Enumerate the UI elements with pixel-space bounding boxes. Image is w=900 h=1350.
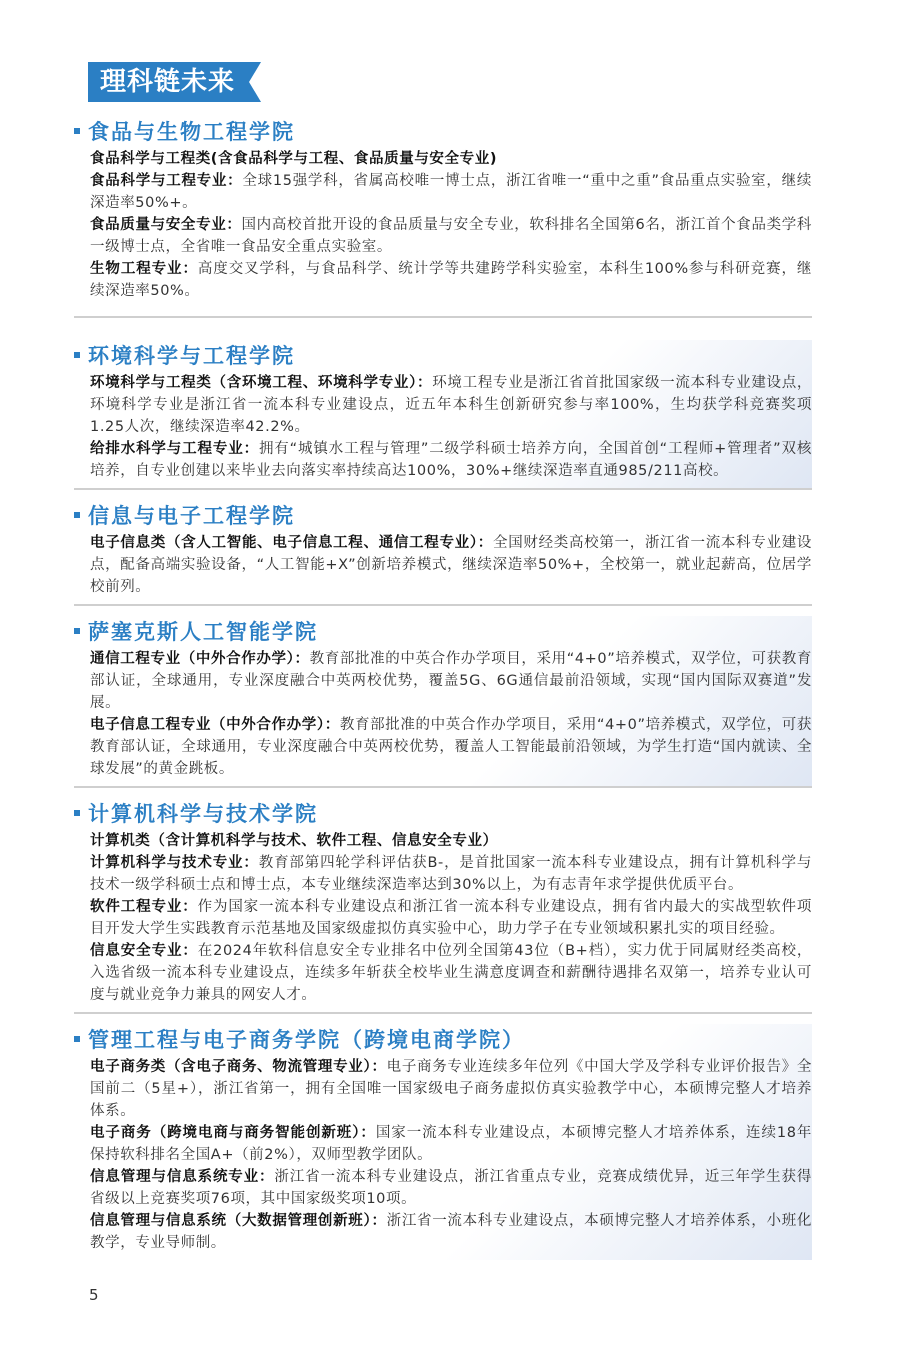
college-title: 计算机科学与技术学院 — [88, 798, 812, 830]
program-paragraph: 计算机类（含计算机科学与技术、软件工程、信息安全专业） — [90, 830, 812, 852]
program-paragraph: 电子商务类（含电子商务、物流管理专业）：电子商务专业连续多年位列《中国大学及学科… — [90, 1056, 812, 1122]
college-section-food: 食品与生物工程学院 食品科学与工程类(含食品科学与工程、食品质量与安全专业) 食… — [74, 116, 812, 318]
college-title: 萨塞克斯人工智能学院 — [88, 616, 812, 648]
program-paragraph: 电子商务（跨境电商与商务智能创新班）：国家一流本科专业建设点，本硕博完整人才培养… — [90, 1122, 812, 1166]
square-bullet-icon — [74, 512, 80, 518]
program-paragraph: 电子信息工程专业（中外合作办学）：教育部批准的中英合作办学项目，采用“4+0”培… — [90, 714, 812, 780]
program-paragraph: 软件工程专业：作为国家一流本科专业建设点和浙江省一流本科专业建设点，拥有省内最大… — [90, 896, 812, 940]
college-section-sussex-ai: 萨塞克斯人工智能学院 通信工程专业（中外合作办学）：教育部批准的中英合作办学项目… — [74, 616, 812, 788]
program-paragraph: 信息管理与信息系统（大数据管理创新班）：浙江省一流本科专业建设点，本硕博完整人才… — [90, 1210, 812, 1254]
program-paragraph: 信息安全专业：在2024年软科信息安全专业排名中位列全国第43位（B+档），实力… — [90, 940, 812, 1006]
program-paragraph: 通信工程专业（中外合作办学）：教育部批准的中英合作办学项目，采用“4+0”培养模… — [90, 648, 812, 714]
college-title: 管理工程与电子商务学院（跨境电商学院） — [88, 1024, 812, 1056]
college-title: 食品与生物工程学院 — [88, 116, 812, 148]
program-paragraph: 计算机科学与技术专业：教育部第四轮学科评估获B-，是首批国家一流本科专业建设点，… — [90, 852, 812, 896]
program-paragraph: 电子信息类（含人工智能、电子信息工程、通信工程专业）：全国财经类高校第一，浙江省… — [90, 532, 812, 598]
college-section-computer-science: 计算机科学与技术学院 计算机类（含计算机科学与技术、软件工程、信息安全专业） 计… — [74, 798, 812, 1014]
section-banner: 理科链未来 — [88, 62, 261, 102]
program-paragraph: 环境科学与工程类（含环境工程、环境科学专业）：环境工程专业是浙江省首批国家级一流… — [90, 372, 812, 438]
square-bullet-icon — [74, 128, 80, 134]
college-section-management-ecommerce: 管理工程与电子商务学院（跨境电商学院） 电子商务类（含电子商务、物流管理专业）：… — [74, 1024, 812, 1260]
square-bullet-icon — [74, 352, 80, 358]
college-title: 信息与电子工程学院 — [88, 500, 812, 532]
square-bullet-icon — [74, 810, 80, 816]
program-paragraph: 食品科学与工程专业：全球15强学科，省属高校唯一博士点，浙江省唯一“重中之重”食… — [90, 170, 812, 214]
college-section-environment: 环境科学与工程学院 环境科学与工程类（含环境工程、环境科学专业）：环境工程专业是… — [74, 340, 812, 490]
program-paragraph: 信息管理与信息系统专业：浙江省一流本科专业建设点，浙江省重点专业，竞赛成绩优异，… — [90, 1166, 812, 1210]
page-number: 5 — [89, 1286, 99, 1304]
college-section-information-electronics: 信息与电子工程学院 电子信息类（含人工智能、电子信息工程、通信工程专业）：全国财… — [74, 500, 812, 606]
program-paragraph: 给排水科学与工程专业：拥有“城镇水工程与管理”二级学科硕士培养方向，全国首创“工… — [90, 438, 812, 482]
program-paragraph: 生物工程专业：高度交叉学科，与食品科学、统计学等共建跨学科实验室，本科生100%… — [90, 258, 812, 302]
program-paragraph: 食品质量与安全专业：国内高校首批开设的食品质量与安全专业，软科排名全国第6名，浙… — [90, 214, 812, 258]
colleges-list: 食品与生物工程学院 食品科学与工程类(含食品科学与工程、食品质量与安全专业) 食… — [74, 116, 812, 1270]
college-title: 环境科学与工程学院 — [88, 340, 812, 372]
square-bullet-icon — [74, 1036, 80, 1042]
square-bullet-icon — [74, 628, 80, 634]
program-paragraph: 食品科学与工程类(含食品科学与工程、食品质量与安全专业) — [90, 148, 812, 170]
